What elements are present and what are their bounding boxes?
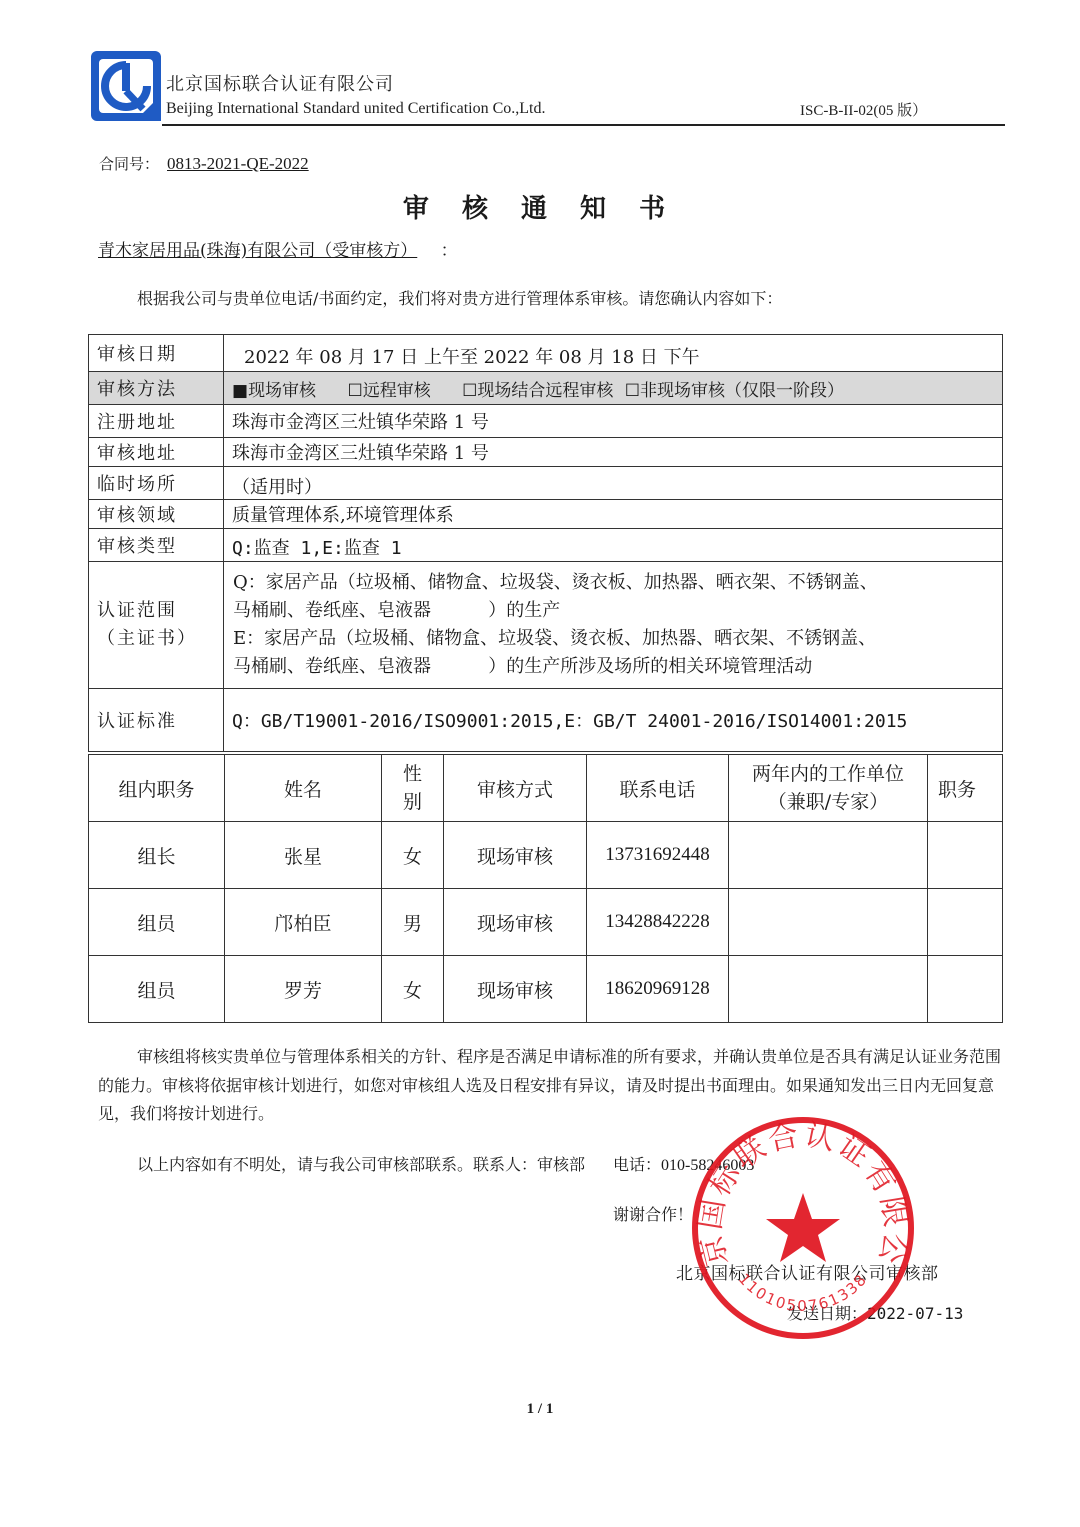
- auditee: 青木家居用品(珠海)有限公司（受审核方） ：: [98, 236, 458, 261]
- value-audit-date: 2022 年 08 月 17 日 上午至 2022 年 08 月 18 日 下午: [224, 335, 1003, 372]
- header-divider: [162, 124, 1005, 126]
- intro-text: 根据我公司与贵单位电话/书面约定，我们将对贵方进行管理体系审核。请您确认内容如下…: [137, 286, 782, 309]
- cell-position: [928, 889, 1003, 956]
- method-option-combined[interactable]: ☐现场结合远程审核: [462, 381, 613, 401]
- label-audit-address: 审核地址: [89, 438, 224, 467]
- cell-method: 现场审核: [444, 822, 587, 889]
- company-name-en: Beijing International Standard united Ce…: [166, 100, 545, 118]
- table-row: 组长 张星 女 现场审核 13731692448: [89, 822, 1003, 889]
- cell-role: 组员: [89, 956, 225, 1023]
- row-audit-type: 审核类型 Q:监查 1,E:监查 1: [89, 529, 1003, 562]
- contact-text: 以上内容如有不明处，请与我公司审核部联系。联系人：审核部: [137, 1155, 585, 1174]
- audit-info-table: 审核日期 2022 年 08 月 17 日 上午至 2022 年 08 月 18…: [88, 334, 1003, 752]
- scope-line: E：家居产品（垃圾桶、储物盒、垃圾袋、烫衣板、加热器、晒衣架、不锈钢盖、: [233, 625, 994, 653]
- scope-line: Q：家居产品（垃圾桶、储物盒、垃圾袋、烫衣板、加热器、晒衣架、不锈钢盖、: [233, 569, 994, 597]
- header-role: 组内职务: [89, 755, 225, 822]
- header-method: 审核方式: [444, 755, 587, 822]
- label-audit-date: 审核日期: [89, 335, 224, 372]
- contact-line: 以上内容如有不明处，请与我公司审核部联系。联系人：审核部电话：010-58246…: [137, 1152, 754, 1175]
- cell-method: 现场审核: [444, 956, 587, 1023]
- cell-gender: 男: [382, 889, 444, 956]
- audit-team-table: 组内职务 姓名 性别 审核方式 联系电话 两年内的工作单位（兼职/专家） 职务 …: [88, 754, 1003, 1023]
- thanks-text: 谢谢合作！: [613, 1202, 693, 1225]
- method-option-offsite[interactable]: ☐非现场审核（仅限一阶段）: [625, 381, 844, 401]
- cell-position: [928, 956, 1003, 1023]
- label-temp-site: 临时场所: [89, 467, 224, 500]
- checkbox-checked-icon: ■: [232, 381, 248, 401]
- checkbox-empty-icon: ☐: [462, 381, 477, 401]
- sent-date-label: 发送日期：: [787, 1304, 867, 1323]
- header-position: 职务: [928, 755, 1003, 822]
- value-audit-type: Q:监查 1,E:监查 1: [224, 529, 1003, 562]
- contact-phone: 电话：010-58246003: [613, 1157, 754, 1174]
- contract-value: 0813-2021-QE-2022: [159, 154, 315, 173]
- label-audit-method: 审核方法: [89, 372, 224, 405]
- contract-number: 合同号：0813-2021-QE-2022: [99, 153, 315, 174]
- value-registered-address: 珠海市金湾区三灶镇华荣路 1 号: [224, 405, 1003, 438]
- team-table-header: 组内职务 姓名 性别 审核方式 联系电话 两年内的工作单位（兼职/专家） 职务: [89, 755, 1003, 822]
- scope-line: 马桶刷、卷纸座、皂液器 ）的生产: [233, 597, 994, 625]
- cell-gender: 女: [382, 822, 444, 889]
- auditee-suffix: ：: [441, 241, 458, 261]
- value-scope: Q：家居产品（垃圾桶、储物盒、垃圾袋、烫衣板、加热器、晒衣架、不锈钢盖、 马桶刷…: [224, 562, 1003, 689]
- row-audit-method: 审核方法 ■现场审核 ☐远程审核 ☐现场结合远程审核 ☐非现场审核（仅限一阶段）: [89, 372, 1003, 405]
- cell-role: 组长: [89, 822, 225, 889]
- page-title: 审 核 通 知 书: [0, 188, 1080, 225]
- value-temp-site: （适用时）: [224, 467, 1003, 500]
- cell-gender: 女: [382, 956, 444, 1023]
- row-audit-field: 审核领域 质量管理体系,环境管理体系: [89, 500, 1003, 529]
- value-audit-address: 珠海市金湾区三灶镇华荣路 1 号: [224, 438, 1003, 467]
- cell-phone: 13428842228: [587, 889, 729, 956]
- table-row: 组员 邝柏臣 男 现场审核 13428842228: [89, 889, 1003, 956]
- company-name-cn: 北京国标联合认证有限公司: [166, 70, 394, 96]
- checkbox-empty-icon: ☐: [347, 381, 362, 401]
- row-audit-date: 审核日期 2022 年 08 月 17 日 上午至 2022 年 08 月 18…: [89, 335, 1003, 372]
- cell-workunit: [729, 822, 928, 889]
- row-standard: 认证标准 Q：GB/T19001-2016/ISO9001:2015,E：GB/…: [89, 689, 1003, 752]
- scope-line: 马桶刷、卷纸座、皂液器 ）的生产所涉及场所的相关环境管理活动: [233, 653, 994, 681]
- sent-date-value: 2022-07-13: [867, 1304, 963, 1323]
- cell-role: 组员: [89, 889, 225, 956]
- row-temp-site: 临时场所 （适用时）: [89, 467, 1003, 500]
- label-audit-field: 审核领域: [89, 500, 224, 529]
- row-registered-address: 注册地址 珠海市金湾区三灶镇华荣路 1 号: [89, 405, 1003, 438]
- label-scope: 认证范围 （主证书）: [89, 562, 224, 689]
- svg-text:北京国标联合认证有限公司: 北京国标联合认证有限公司: [690, 1115, 913, 1270]
- value-standard: Q：GB/T19001-2016/ISO9001:2015,E：GB/T 240…: [224, 689, 1003, 752]
- checkbox-empty-icon: ☐: [625, 381, 640, 401]
- document-code: ISC-B-II-02(05 版）: [800, 99, 927, 120]
- cell-method: 现场审核: [444, 889, 587, 956]
- method-option-onsite[interactable]: ■现场审核: [232, 381, 316, 401]
- label-registered-address: 注册地址: [89, 405, 224, 438]
- body-paragraph: 审核组将核实贵单位与管理体系相关的方针、程序是否满足申请标准的所有要求，并确认贵…: [98, 1043, 1003, 1129]
- header-phone: 联系电话: [587, 755, 729, 822]
- row-scope: 认证范围 （主证书） Q：家居产品（垃圾桶、储物盒、垃圾袋、烫衣板、加热器、晒衣…: [89, 562, 1003, 689]
- method-option-remote[interactable]: ☐远程审核: [347, 381, 430, 401]
- label-standard: 认证标准: [89, 689, 224, 752]
- cell-name: 张星: [225, 822, 382, 889]
- signer: 北京国标联合认证有限公司审核部: [676, 1259, 939, 1284]
- audit-method-options: ■现场审核 ☐远程审核 ☐现场结合远程审核 ☐非现场审核（仅限一阶段）: [224, 372, 1003, 405]
- cell-phone: 13731692448: [587, 822, 729, 889]
- cell-name: 罗芳: [225, 956, 382, 1023]
- cell-workunit: [729, 956, 928, 1023]
- label-audit-type: 审核类型: [89, 529, 224, 562]
- table-row: 组员 罗芳 女 现场审核 18620969128: [89, 956, 1003, 1023]
- cell-position: [928, 822, 1003, 889]
- sent-date: 发送日期：2022-07-13: [787, 1301, 963, 1324]
- header-workunit: 两年内的工作单位（兼职/专家）: [729, 755, 928, 822]
- cell-workunit: [729, 889, 928, 956]
- header-name: 姓名: [225, 755, 382, 822]
- page-number: 1 / 1: [0, 1401, 1080, 1418]
- row-audit-address: 审核地址 珠海市金湾区三灶镇华荣路 1 号: [89, 438, 1003, 467]
- contract-label: 合同号：: [99, 155, 159, 173]
- value-audit-field: 质量管理体系,环境管理体系: [224, 500, 1003, 529]
- header-gender: 性别: [382, 755, 444, 822]
- auditee-name: 青木家居用品(珠海)有限公司（受审核方）: [98, 241, 417, 261]
- cell-phone: 18620969128: [587, 956, 729, 1023]
- cell-name: 邝柏臣: [225, 889, 382, 956]
- company-logo-icon: [91, 51, 161, 121]
